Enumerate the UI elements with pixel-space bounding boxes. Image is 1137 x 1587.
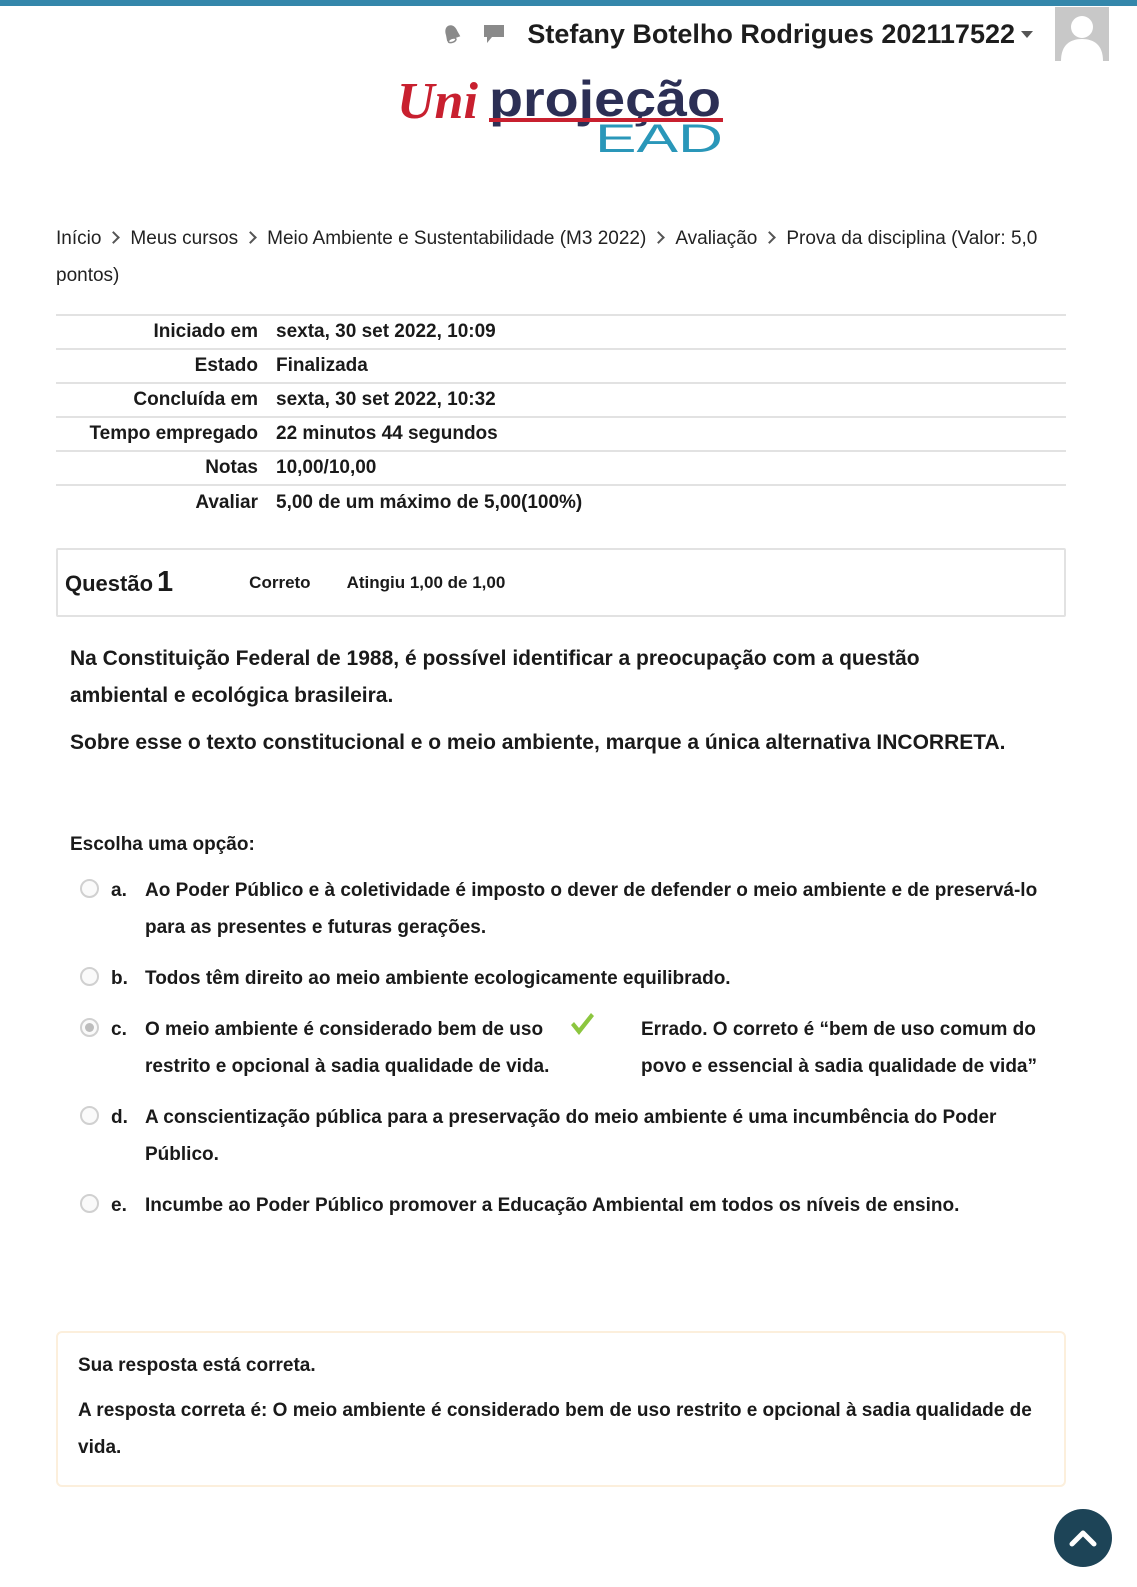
- question-paragraph: Sobre esse o texto constitucional e o me…: [70, 724, 1020, 761]
- summary-value: 22 minutos 44 segundos: [276, 417, 1066, 451]
- radio-button[interactable]: [80, 1194, 99, 1213]
- attempt-summary-table: Iniciado emsexta, 30 set 2022, 10:09 Est…: [56, 314, 1066, 519]
- chevron-right-icon: [652, 231, 665, 244]
- avatar[interactable]: [1055, 7, 1109, 61]
- breadcrumb: InícioMeus cursosMeio Ambiente e Sustent…: [56, 220, 1066, 294]
- question-number: Questão1: [65, 566, 173, 599]
- radio-button-selected[interactable]: [80, 1018, 99, 1037]
- summary-value: 10,00/10,00: [276, 451, 1066, 485]
- summary-label: Estado: [56, 349, 276, 383]
- caret-down-icon[interactable]: [1021, 31, 1033, 38]
- summary-row: Concluída emsexta, 30 set 2022, 10:32: [56, 383, 1066, 417]
- chevron-up-icon: [1068, 1528, 1098, 1548]
- summary-label: Iniciado em: [56, 315, 276, 349]
- logo-uni: Uni: [397, 73, 478, 130]
- summary-row: Iniciado emsexta, 30 set 2022, 10:09: [56, 315, 1066, 349]
- user-navigation: Stefany Botelho Rodrigues 202117522: [439, 6, 1137, 62]
- question-paragraph: Na Constituição Federal de 1988, é possí…: [70, 640, 1020, 714]
- option-c[interactable]: c. O meio ambiente é considerado bem de …: [80, 1011, 1060, 1085]
- summary-row: Tempo empregado22 minutos 44 segundos: [56, 417, 1066, 451]
- option-feedback: Errado. O correto é “bem de uso comum do…: [641, 1011, 1060, 1085]
- question-grade: Atingiu 1,00 de 1,00: [347, 573, 506, 593]
- breadcrumb-inicio[interactable]: Início: [56, 228, 101, 249]
- chevron-right-icon: [763, 231, 776, 244]
- site-logo[interactable]: Uni projeção EAD: [397, 66, 727, 158]
- summary-value: sexta, 30 set 2022, 10:09: [276, 315, 1066, 349]
- scroll-to-top-button[interactable]: [1054, 1509, 1112, 1567]
- summary-label: Avaliar: [56, 485, 276, 519]
- summary-value: 5,00 de um máximo de 5,00(100%): [276, 485, 1066, 519]
- answer-prompt: Escolha uma opção:: [70, 834, 255, 856]
- outcome-box: Sua resposta está correta. A resposta co…: [56, 1331, 1066, 1487]
- answer-options: a. Ao Poder Público e à coletividade é i…: [80, 872, 1060, 1238]
- chat-bubble-icon[interactable]: [481, 21, 507, 47]
- right-answer: A resposta correta é: O meio ambiente é …: [78, 1392, 1044, 1466]
- bell-icon[interactable]: [439, 21, 465, 47]
- summary-label: Tempo empregado: [56, 417, 276, 451]
- user-silhouette-icon: [1055, 7, 1109, 61]
- radio-button[interactable]: [80, 879, 99, 898]
- user-menu[interactable]: Stefany Botelho Rodrigues 202117522: [527, 19, 1015, 50]
- option-e[interactable]: e. Incumbe ao Poder Público promover a E…: [80, 1187, 1060, 1224]
- breadcrumb-course[interactable]: Meio Ambiente e Sustentabilidade (M3 202…: [267, 228, 646, 249]
- question-text: Na Constituição Federal de 1988, é possí…: [70, 640, 1020, 771]
- summary-row: EstadoFinalizada: [56, 349, 1066, 383]
- radio-button[interactable]: [80, 1106, 99, 1125]
- summary-row: Avaliar5,00 de um máximo de 5,00(100%): [56, 485, 1066, 519]
- breadcrumb-avaliacao[interactable]: Avaliação: [675, 228, 757, 249]
- radio-button[interactable]: [80, 967, 99, 986]
- chevron-right-icon: [108, 231, 121, 244]
- question-state: Correto: [249, 573, 310, 593]
- summary-value: sexta, 30 set 2022, 10:32: [276, 383, 1066, 417]
- breadcrumb-meus-cursos[interactable]: Meus cursos: [130, 228, 238, 249]
- summary-row: Notas10,00/10,00: [56, 451, 1066, 485]
- option-d[interactable]: d. A conscientização pública para a pres…: [80, 1099, 1060, 1173]
- checkmark-icon: [569, 1011, 595, 1050]
- summary-label: Concluída em: [56, 383, 276, 417]
- option-b[interactable]: b. Todos têm direito ao meio ambiente ec…: [80, 960, 1060, 997]
- logo-ead: EAD: [595, 117, 723, 158]
- question-info-box: Questão1 Correto Atingiu 1,00 de 1,00: [56, 548, 1066, 617]
- option-a[interactable]: a. Ao Poder Público e à coletividade é i…: [80, 872, 1060, 946]
- feedback-text: Sua resposta está correta.: [78, 1347, 1044, 1384]
- chevron-right-icon: [244, 231, 257, 244]
- summary-label: Notas: [56, 451, 276, 485]
- summary-value: Finalizada: [276, 349, 1066, 383]
